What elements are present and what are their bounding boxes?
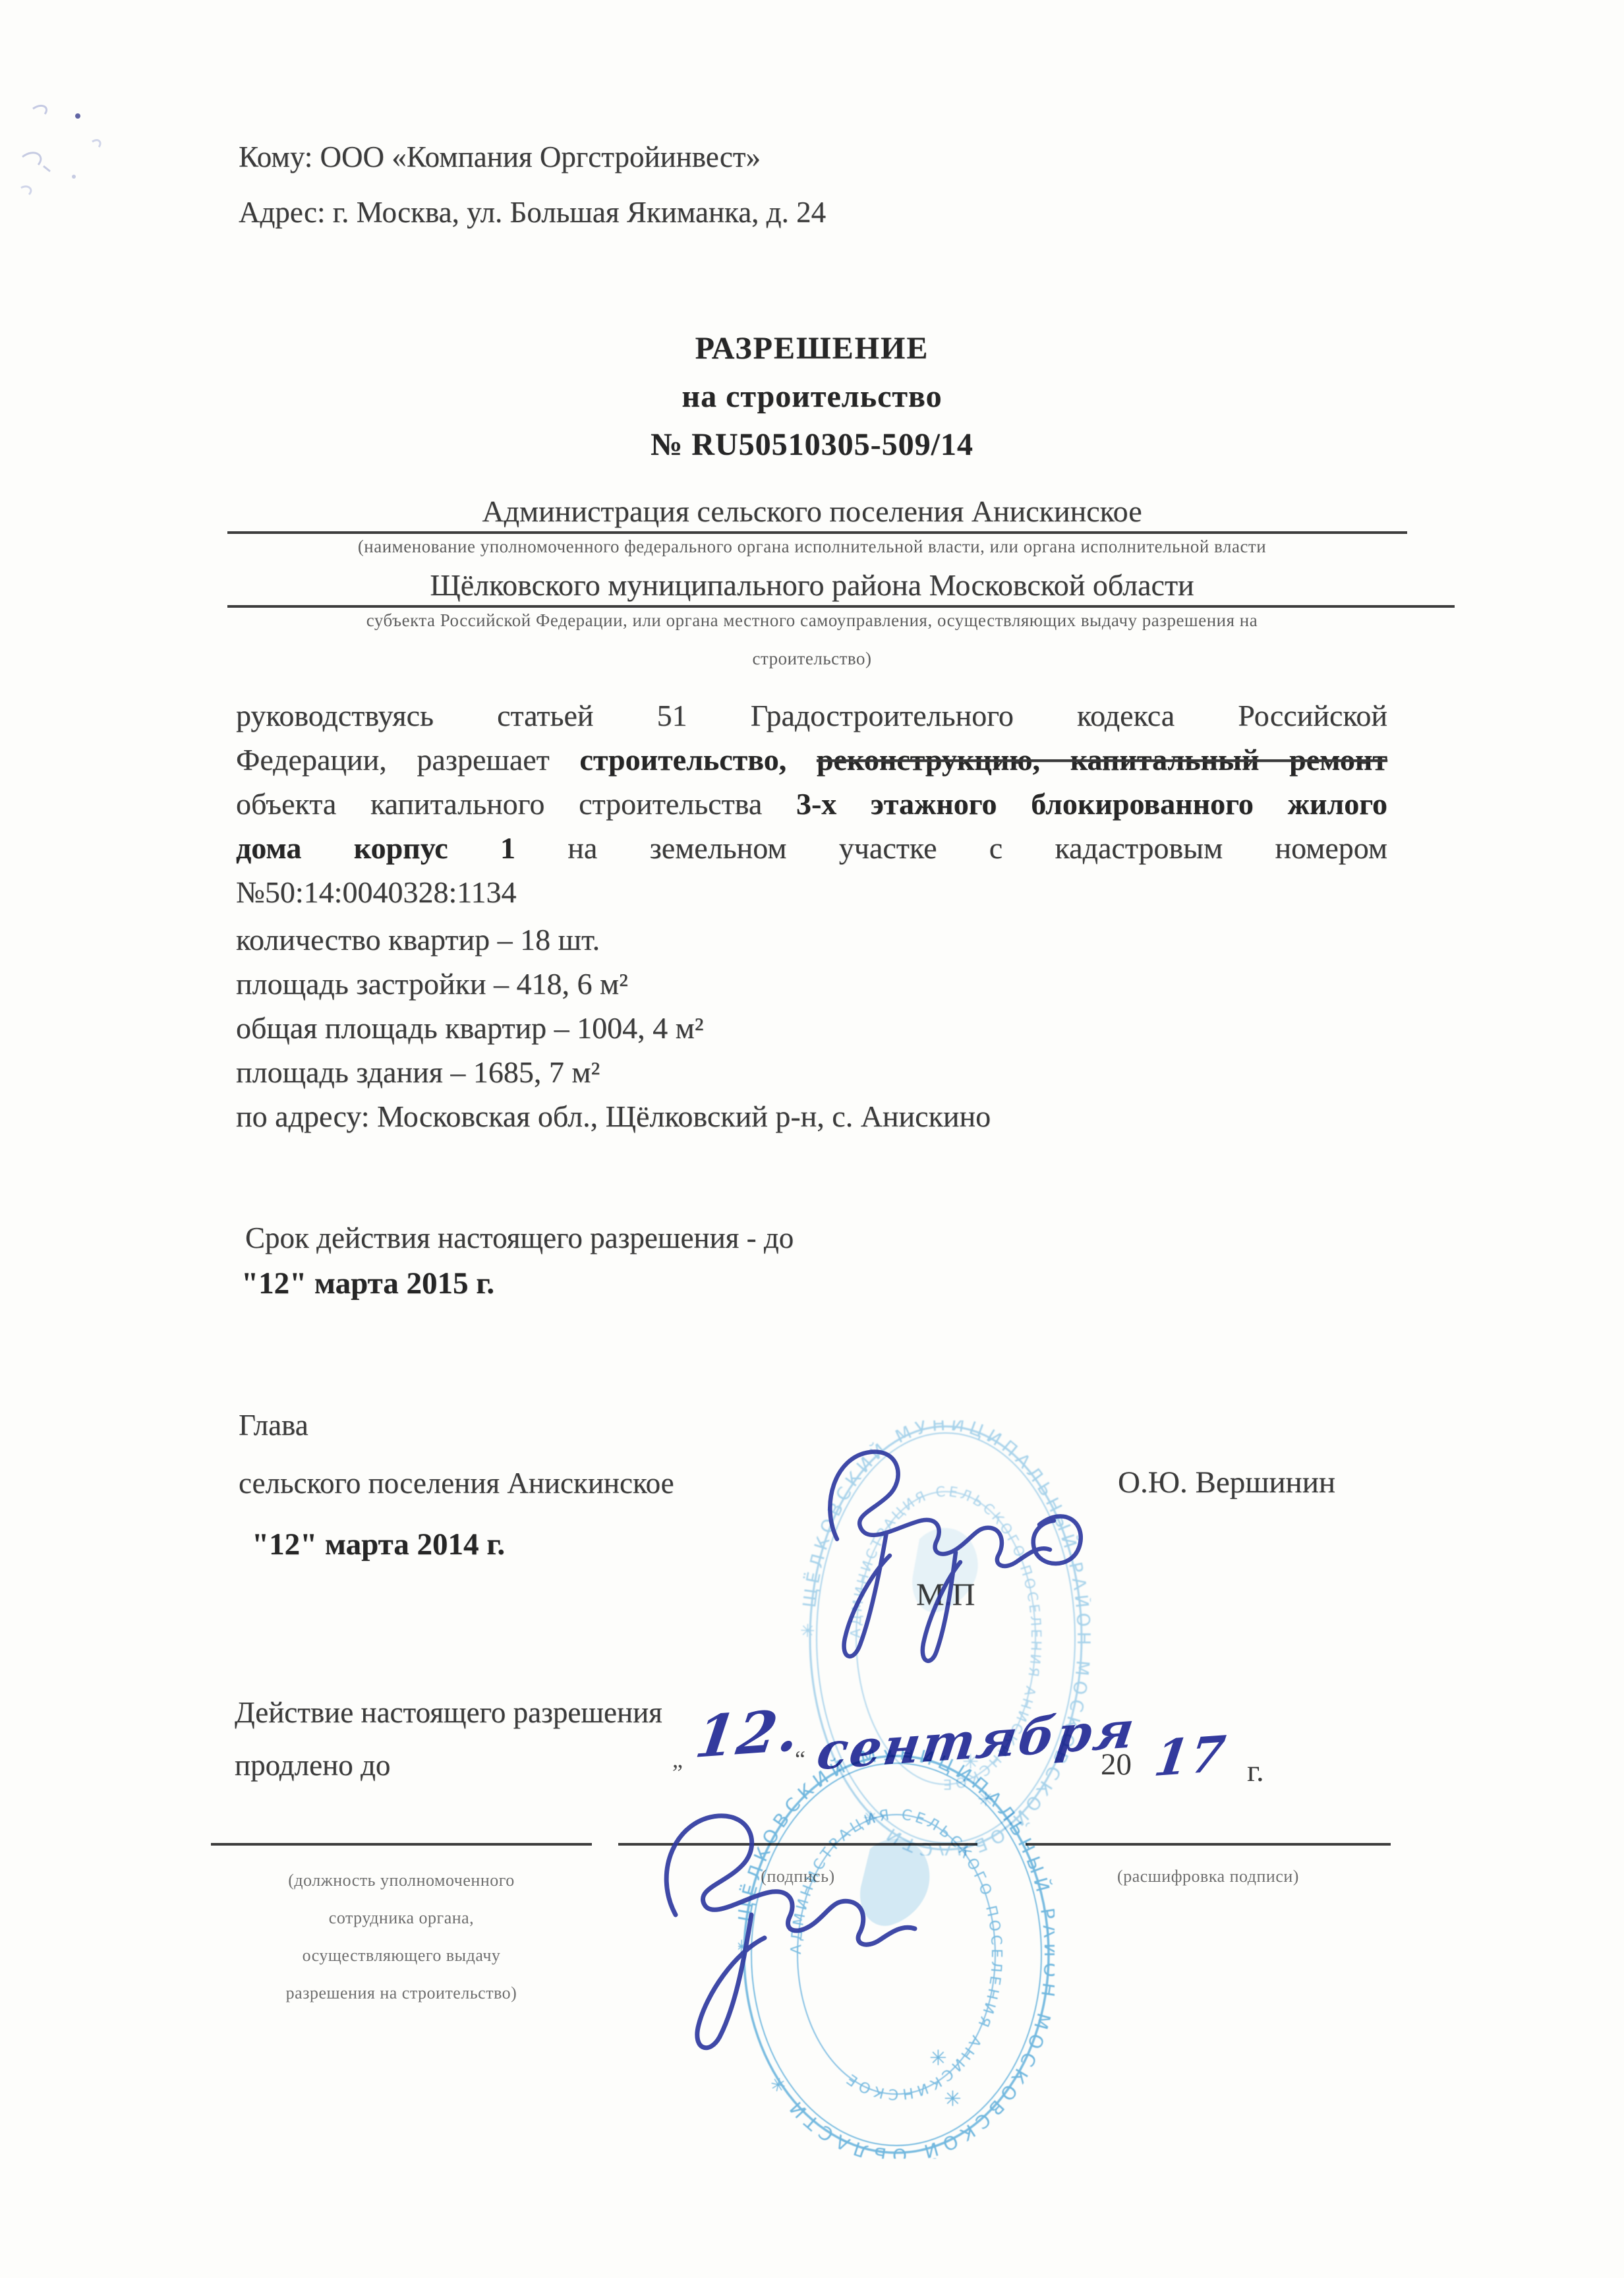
signer-name: О.Ю. Вершинин xyxy=(1118,1465,1335,1500)
svg-text:✳ ЩЁЛКОВСКИЙ МУНИЦИПАЛЬНЫЙ РАЙ: ✳ ЩЁЛКОВСКИЙ МУНИЦИПАЛЬНЫЙ РАЙОН МОСКОВС… xyxy=(738,1750,1055,2159)
footer-caption-position-l2: сотрудника органа, xyxy=(211,1899,592,1937)
body-line-1: руководствуясь статьей 51 Градостроитель… xyxy=(236,693,1387,738)
extension-line-2: продлено до xyxy=(235,1748,390,1782)
handwritten-year: 17 xyxy=(1151,1726,1231,1788)
authority-underline-1 xyxy=(227,531,1407,534)
permit-subtitle: на строительство xyxy=(0,372,1624,421)
stamp-star-icon: ✳ xyxy=(977,1789,994,1811)
spec-address: по адресу: Московская обл., Щёлковский р… xyxy=(236,1094,991,1138)
typed-quote-open: „ xyxy=(672,1745,683,1773)
body-line-3: объекта капитального строительства 3-х э… xyxy=(236,782,1387,826)
body-line-2: Федерации, разрешает строительство, реко… xyxy=(236,738,1387,782)
typed-quote-close: “ xyxy=(795,1745,805,1773)
authority-caption-2: субъекта Российской Федерации, или орган… xyxy=(153,610,1471,631)
round-seal-stamp-lower: ✳ ЩЁЛКОВСКИЙ МУНИЦИПАЛЬНЫЙ РАЙОН МОСКОВС… xyxy=(738,1750,1055,2159)
specs-block: количество квартир – 18 шт. площадь заст… xyxy=(236,918,991,1138)
permit-title: РАЗРЕШЕНИЕ xyxy=(0,324,1624,372)
cadastral-number: №50:14:0040328:1134 xyxy=(236,870,1387,914)
authority-name-2: Щёлковского муниципального района Москов… xyxy=(0,568,1624,602)
body-text: объекта капитального строительства xyxy=(236,787,762,821)
handwritten-month: сентября xyxy=(813,1700,1140,1782)
signature-line-position xyxy=(211,1843,592,1846)
title-block: РАЗРЕШЕНИЕ на строительство № RU50510305… xyxy=(0,324,1624,469)
authority-caption-3: строительство) xyxy=(153,649,1471,669)
footer-caption-position: (должность уполномоченного сотрудника ор… xyxy=(211,1861,592,2012)
signature-line-name xyxy=(1026,1843,1391,1846)
body-line-4: дома корпус 1 на земельном участке с кад… xyxy=(236,826,1387,870)
stamp-star-icon: ✳ xyxy=(929,2046,947,2070)
spec-apartments-area: общая площадь квартир – 1004, 4 м² xyxy=(236,1006,991,1050)
recipient-to: Кому: ООО «Компания Оргстройинвест» xyxy=(239,129,826,185)
footer-caption-position-l4: разрешения на строительство) xyxy=(211,1974,592,2012)
extension-line-1: Действие настоящего разрешения xyxy=(235,1695,662,1730)
pencil-marks xyxy=(13,79,171,218)
recipient-address: Адрес: г. Москва, ул. Большая Якиманка, … xyxy=(239,185,826,240)
signing-date: "12" марта 2014 г. xyxy=(252,1527,505,1562)
permit-body: руководствуясь статьей 51 Градостроитель… xyxy=(236,693,1387,914)
handwritten-day: 12. xyxy=(691,1697,805,1771)
permit-number: № RU50510305-509/14 xyxy=(0,421,1624,469)
signer-position-2: сельского поселения Анискинское xyxy=(239,1466,674,1500)
stamp-star-icon: ✳ xyxy=(944,2087,962,2111)
stamp-outer-text: ✳ ЩЁЛКОВСКИЙ МУНИЦИПАЛЬНЫЙ РАЙОН МОСКОВС… xyxy=(738,1750,1055,2159)
signature-head xyxy=(807,1427,1091,1691)
authority-caption-1: (наименование уполномоченного федерально… xyxy=(153,537,1471,557)
signature-extension xyxy=(613,1780,942,2057)
body-text: руководствуясь статьей 51 Градостроитель… xyxy=(236,699,1387,732)
signature-line-signature xyxy=(618,1843,977,1846)
object-description-2: дома корпус 1 xyxy=(236,831,515,865)
signer-position-1: Глава xyxy=(239,1408,308,1442)
permit-document-page: Кому: ООО «Компания Оргстройинвест» Адре… xyxy=(0,0,1624,2278)
svg-text:✳ ЩЁЛКОВСКИЙ МУНИЦИПАЛЬНЫЙ РАЙ: ✳ ЩЁЛКОВСКИЙ МУНИЦИПАЛЬНЫЙ РАЙОН МОСКОВС… xyxy=(801,1420,1091,1855)
footer-caption-name: (расшифровка подписи) xyxy=(1026,1867,1391,1886)
object-description: 3-х этажного блокированного жилого xyxy=(796,787,1387,821)
validity-label: Срок действия настоящего разрешения - до xyxy=(245,1221,794,1255)
year-suffix: г. xyxy=(1247,1753,1264,1789)
round-seal-stamp-upper: ✳ ЩЁЛКОВСКИЙ МУНИЦИПАЛЬНЫЙ РАЙОН МОСКОВС… xyxy=(801,1420,1091,1855)
authority-name-1: Администрация сельского поселения Аниски… xyxy=(0,494,1624,529)
spec-apartments: количество квартир – 18 шт. xyxy=(236,918,991,962)
recipient-block: Кому: ООО «Компания Оргстройинвест» Адре… xyxy=(239,129,826,240)
svg-text:АДМИНИСТРАЦИЯ СЕЛЬСКОГО ПОСЕЛЕ: АДМИНИСТРАЦИЯ СЕЛЬСКОГО ПОСЕЛЕНИЯ АНИСКИ… xyxy=(788,1807,1004,2103)
cadastral-number-value: №50:14:0040328:1134 xyxy=(236,875,517,909)
stamp-outer-text: ✳ ЩЁЛКОВСКИЙ МУНИЦИПАЛЬНЫЙ РАЙОН МОСКОВС… xyxy=(801,1420,1091,1855)
seal-place-mark: М.П xyxy=(916,1577,975,1613)
validity-date: "12" марта 2015 г. xyxy=(241,1266,494,1301)
struck-actions: реконструкцию, капитальный ремонт xyxy=(817,743,1387,776)
body-text: на земельном участке с кадастровым номер… xyxy=(567,831,1387,865)
authority-underline-2 xyxy=(227,605,1455,608)
permitted-action: строительство, xyxy=(579,743,786,776)
footer-caption-position-l1: (должность уполномоченного xyxy=(211,1861,592,1899)
body-text: Федерации, разрешает xyxy=(236,743,550,776)
typed-year-prefix: 20 xyxy=(1101,1747,1132,1782)
spec-building-area: площадь здания – 1685, 7 м² xyxy=(236,1050,991,1094)
footer-caption-signature: (подпись) xyxy=(618,1867,977,1886)
footer-caption-position-l3: осуществляющего выдачу xyxy=(211,1937,592,1974)
spec-footprint-area: площадь застройки – 418, 6 м² xyxy=(236,962,991,1006)
stamp-inner-text: АДМИНИСТРАЦИЯ СЕЛЬСКОГО ПОСЕЛЕНИЯ АНИСКИ… xyxy=(788,1807,1004,2103)
